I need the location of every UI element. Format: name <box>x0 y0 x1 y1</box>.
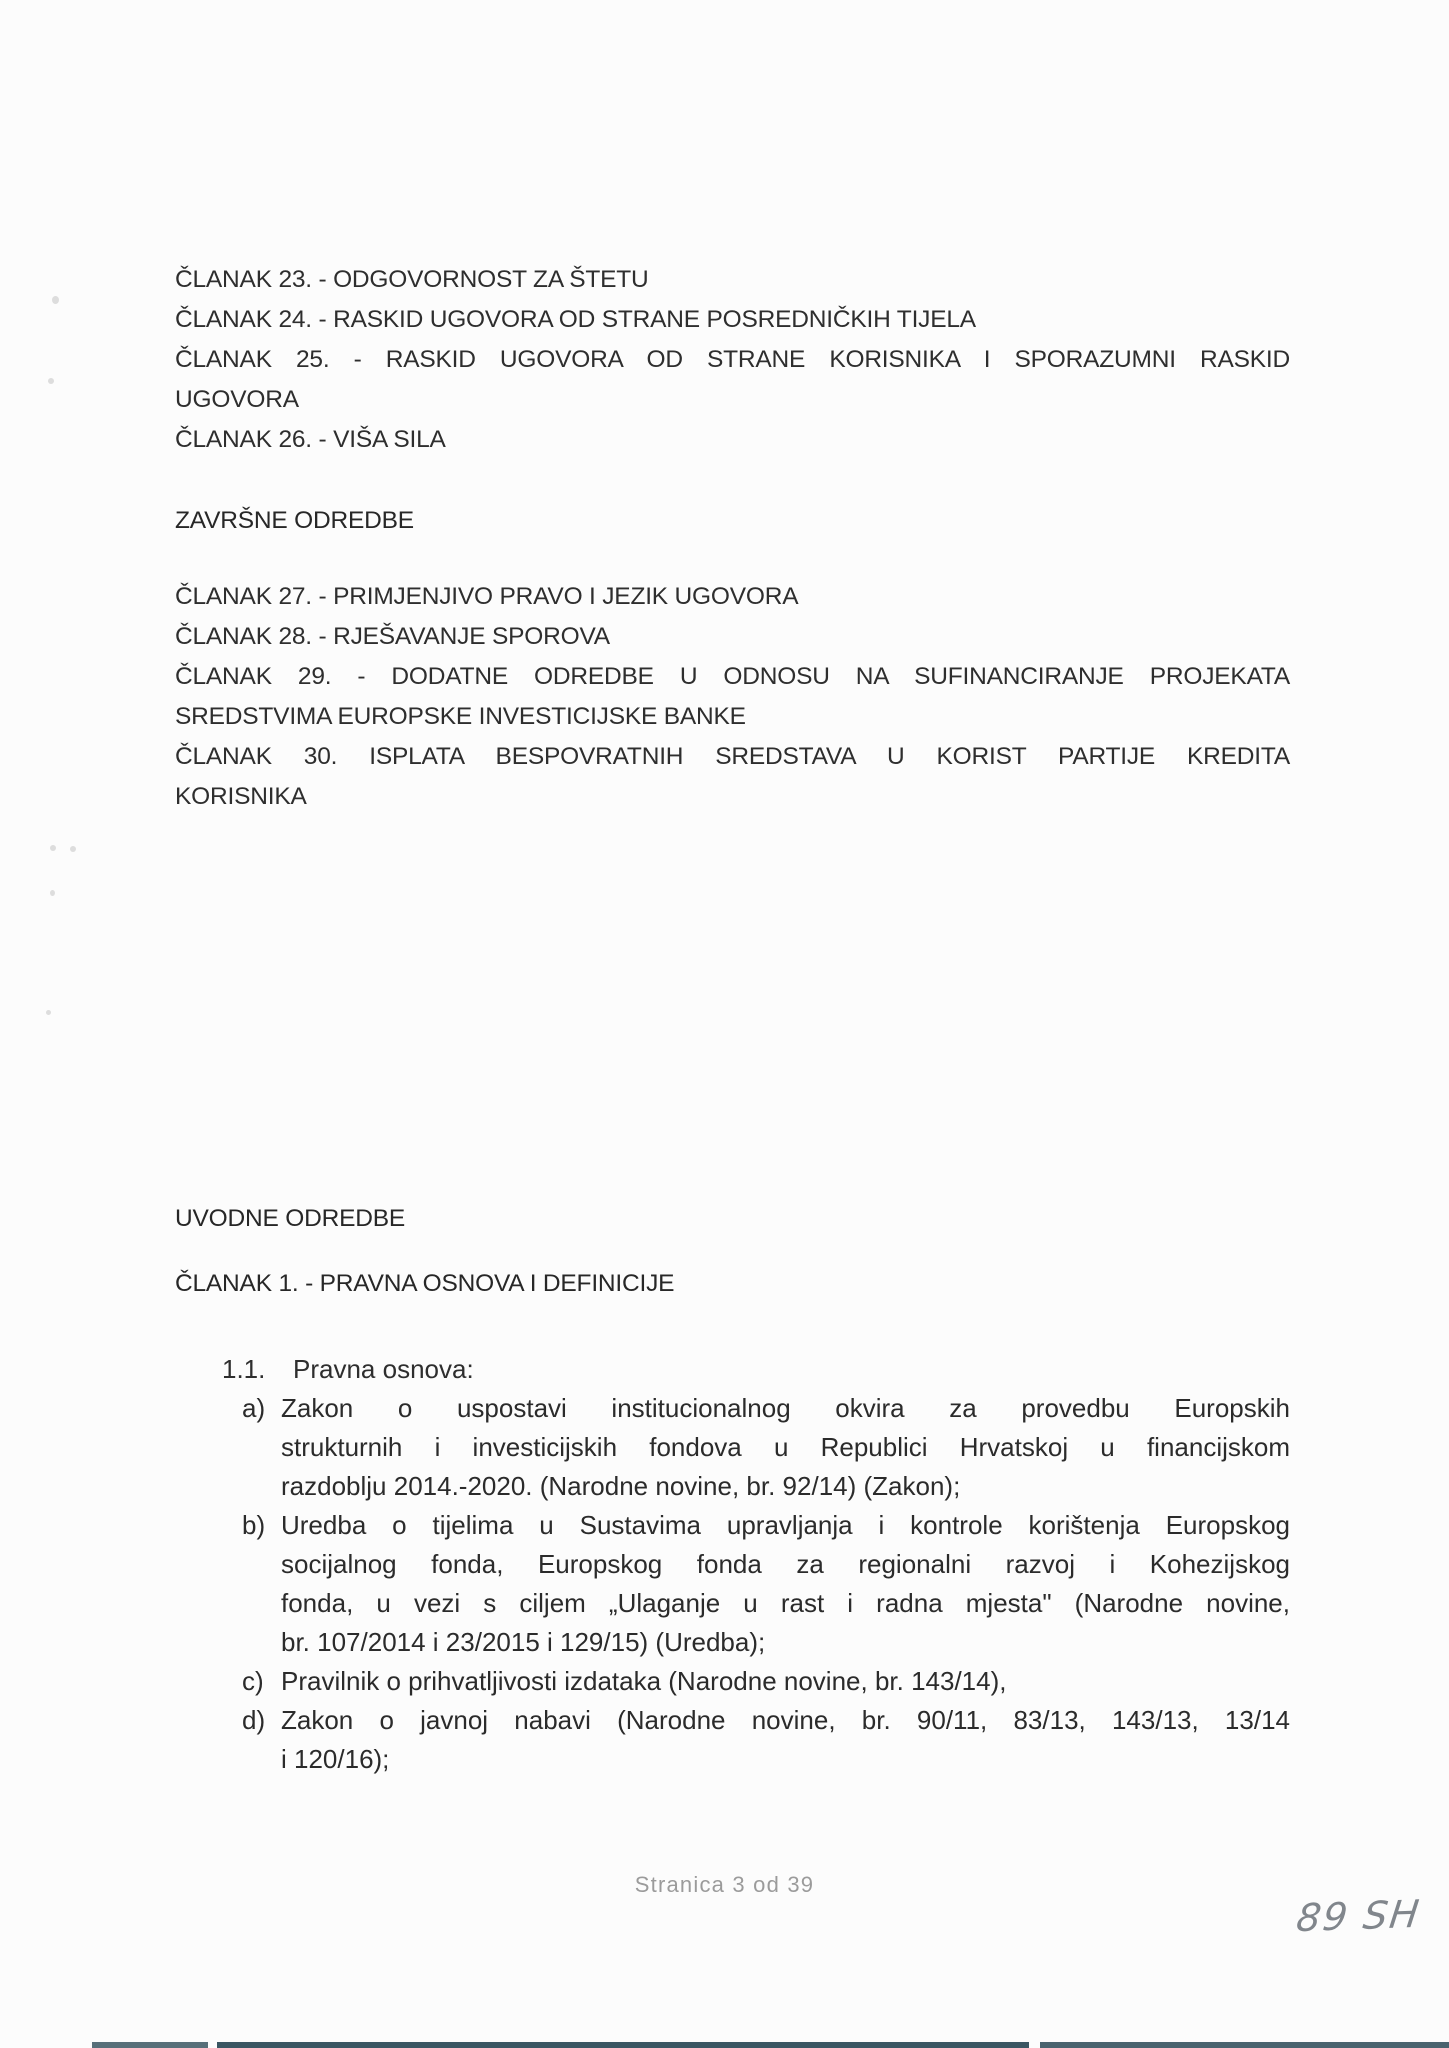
handwritten-mark: 89 SH <box>1294 1892 1423 1940</box>
toc-line: ČLANAK 30. ISPLATA BESPOVRATNIH SREDSTAV… <box>175 737 1290 777</box>
scan-edge-bar <box>1040 2042 1449 2048</box>
scan-edge-bar <box>217 2042 1029 2048</box>
scan-edge-bar <box>92 2042 208 2048</box>
legal-basis-line: br. 107/2014 i 23/2015 i 129/15) (Uredba… <box>281 1623 1290 1662</box>
toc-line: UGOVORA <box>175 380 1290 420</box>
page-number: Stranica 3 od 39 <box>0 1872 1449 1898</box>
legal-basis-line: fonda, u vezi s ciljem „Ulaganje u rast … <box>281 1584 1290 1623</box>
scan-speck <box>50 890 55 896</box>
toc-line: ČLANAK 28. - RJEŠAVANJE SPOROVA <box>175 617 1290 657</box>
list-item-marker: a) <box>242 1389 265 1428</box>
legal-basis-line: d)Zakon o javnoj nabavi (Narodne novine,… <box>281 1701 1290 1740</box>
section-heading-zavrsne-odredbe: ZAVRŠNE ODREDBE <box>175 501 1290 541</box>
scan-speck <box>70 846 76 852</box>
legal-basis-line: razdoblju 2014.-2020. (Narodne novine, b… <box>281 1467 1290 1506</box>
legal-basis-line: a)Zakon o uspostavi institucionalnog okv… <box>281 1389 1290 1428</box>
legal-basis-list: a)Zakon o uspostavi institucionalnog okv… <box>281 1389 1290 1779</box>
toc-line: ČLANAK 23. - ODGOVORNOST ZA ŠTETU <box>175 260 1290 300</box>
toc-line: ČLANAK 25. - RASKID UGOVORA OD STRANE KO… <box>175 340 1290 380</box>
toc-line: ČLANAK 29. - DODATNE ODREDBE U ODNOSU NA… <box>175 657 1290 697</box>
list-item-marker: b) <box>242 1506 265 1545</box>
legal-basis-line: socijalnog fonda, Europskog fonda za reg… <box>281 1545 1290 1584</box>
legal-basis-line: strukturnih i investicijskih fondova u R… <box>281 1428 1290 1467</box>
toc-line: ČLANAK 26. - VIŠA SILA <box>175 420 1290 460</box>
item-title: Pravna osnova: <box>293 1349 474 1389</box>
document-content: ČLANAK 23. - ODGOVORNOST ZA ŠTETU ČLANAK… <box>175 0 1290 1779</box>
item-number: 1.1. <box>222 1349 280 1389</box>
scan-speck <box>52 296 59 304</box>
toc-line: KORISNIKA <box>175 777 1290 817</box>
scan-speck <box>46 1010 51 1015</box>
toc-line: ČLANAK 24. - RASKID UGOVORA OD STRANE PO… <box>175 300 1290 340</box>
legal-basis-line: b)Uredba o tijelima u Sustavima upravlja… <box>281 1506 1290 1545</box>
scan-speck <box>48 378 54 384</box>
toc-line: ČLANAK 27. - PRIMJENJIVO PRAVO I JEZIK U… <box>175 577 1290 617</box>
article-1-heading: ČLANAK 1. - PRAVNA OSNOVA I DEFINICIJE <box>175 1264 1290 1304</box>
scanned-document-page: ČLANAK 23. - ODGOVORNOST ZA ŠTETU ČLANAK… <box>0 0 1449 2048</box>
scan-speck <box>50 845 56 851</box>
numbered-item-1-1: 1.1. Pravna osnova: <box>175 1349 1290 1389</box>
list-item-marker: c) <box>242 1662 264 1701</box>
toc-line: SREDSTVIMA EUROPSKE INVESTICIJSKE BANKE <box>175 697 1290 737</box>
toc-articles-23-26: ČLANAK 23. - ODGOVORNOST ZA ŠTETU ČLANAK… <box>175 260 1290 460</box>
legal-basis-line: i 120/16); <box>281 1740 1290 1779</box>
legal-basis-line: c)Pravilnik o prihvatljivosti izdataka (… <box>281 1662 1290 1701</box>
toc-articles-27-30: ČLANAK 27. - PRIMJENJIVO PRAVO I JEZIK U… <box>175 577 1290 817</box>
list-item-marker: d) <box>242 1701 265 1740</box>
section-heading-uvodne-odredbe: UVODNE ODREDBE <box>175 1199 1290 1239</box>
